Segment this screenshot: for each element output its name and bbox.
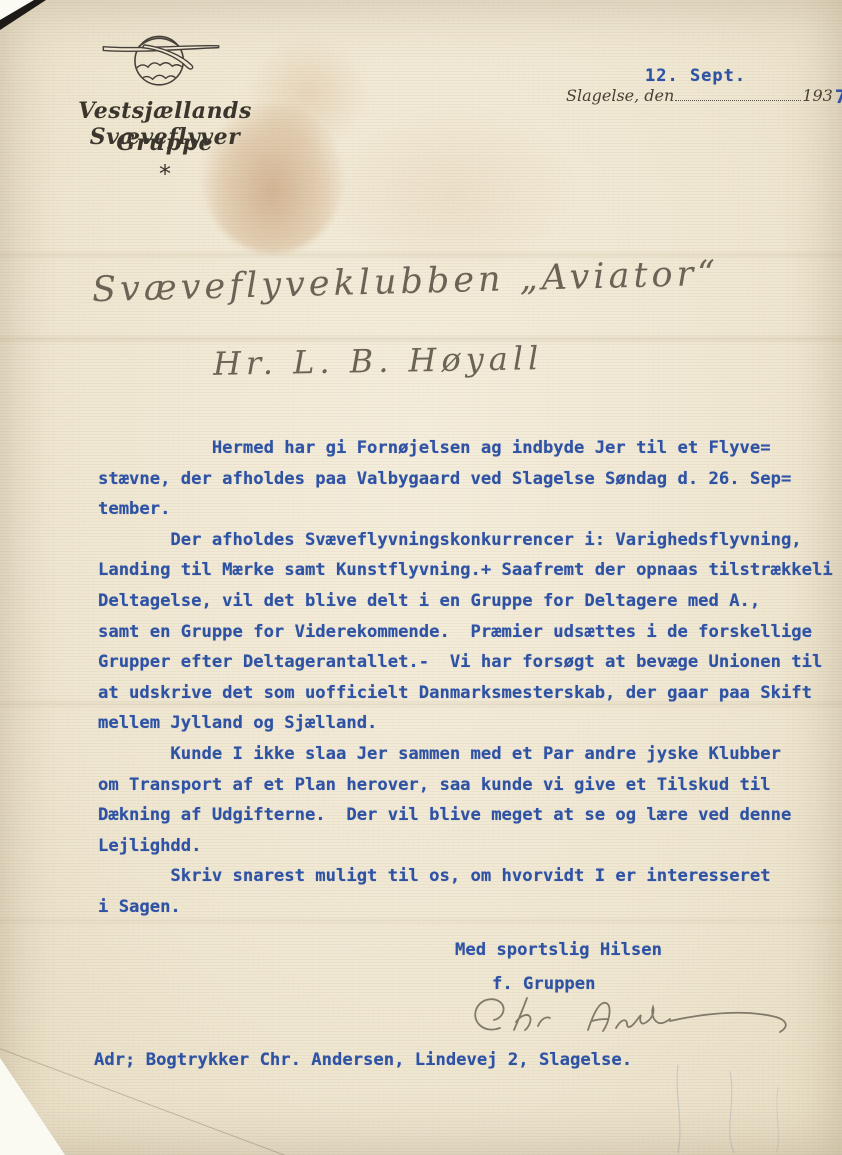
- org-name-line2: Gruppe: [15, 130, 315, 156]
- typed-line: om Transport af et Plan herover, saa kun…: [98, 770, 833, 801]
- addressee-club-handwriting: Svæveflyveklubben „Aviator“: [92, 254, 720, 310]
- typed-line: Hermed har gi Fornøjelsen ag indbyde Jer…: [98, 433, 833, 464]
- scanned-letter-page: Vestsjællands Svæveflyver Gruppe * 12. S…: [0, 0, 842, 1155]
- typed-line: mellem Jylland og Sjælland.: [98, 708, 833, 739]
- place-label: Slagelse, den: [566, 86, 674, 105]
- closing-salute: Med sportslig Hilsen: [455, 940, 662, 960]
- typed-line: Kunde I ikke slaa Jer sammen med et Par …: [98, 739, 833, 770]
- year-printed: 193: [802, 86, 833, 105]
- dateline: Slagelse, den 193 7.: [566, 84, 842, 106]
- typed-line: samt en Gruppe for Viderekommende. Præmi…: [98, 617, 833, 648]
- signature-handwriting: [466, 988, 798, 1048]
- typed-line: at udskrive det som uofficielt Danmarksm…: [98, 678, 833, 709]
- letterhead-star: *: [15, 160, 315, 188]
- typed-line: Lejlighdd.: [98, 831, 833, 862]
- typed-line: tember.: [98, 494, 833, 525]
- dotted-fill-line: [675, 86, 801, 101]
- footer-address: Adr; Bogtrykker Chr. Andersen, Lindevej …: [94, 1050, 632, 1070]
- typed-line: Dækning af Udgifterne. Der vil blive meg…: [98, 800, 833, 831]
- typed-line: stævne, der afholdes paa Valbygaard ved …: [98, 464, 833, 495]
- glider-over-clouds-logo-icon: [95, 16, 227, 96]
- typed-line: i Sagen.: [98, 892, 833, 923]
- coffee-stain: [330, 110, 570, 280]
- typed-date: 12. Sept.: [645, 66, 746, 86]
- ink-bleed-marks: [600, 1063, 842, 1155]
- typed-line: Landing til Mærke samt Kunstflyvning.+ S…: [98, 555, 833, 586]
- typed-line: Grupper efter Deltagerantallet.- Vi har …: [98, 647, 833, 678]
- typed-line: Skriv snarest muligt til os, om hvorvidt…: [98, 861, 833, 892]
- typed-line: Deltagelse, vil det blive delt i en Grup…: [98, 586, 833, 617]
- letter-body: Hermed har gi Fornøjelsen ag indbyde Jer…: [98, 433, 833, 923]
- typed-line: Der afholdes Svæveflyvningskonkurrencer …: [98, 525, 833, 556]
- addressee-person-handwriting: Hr. L. B. Høyall: [213, 339, 544, 383]
- year-typed: 7.: [835, 86, 842, 108]
